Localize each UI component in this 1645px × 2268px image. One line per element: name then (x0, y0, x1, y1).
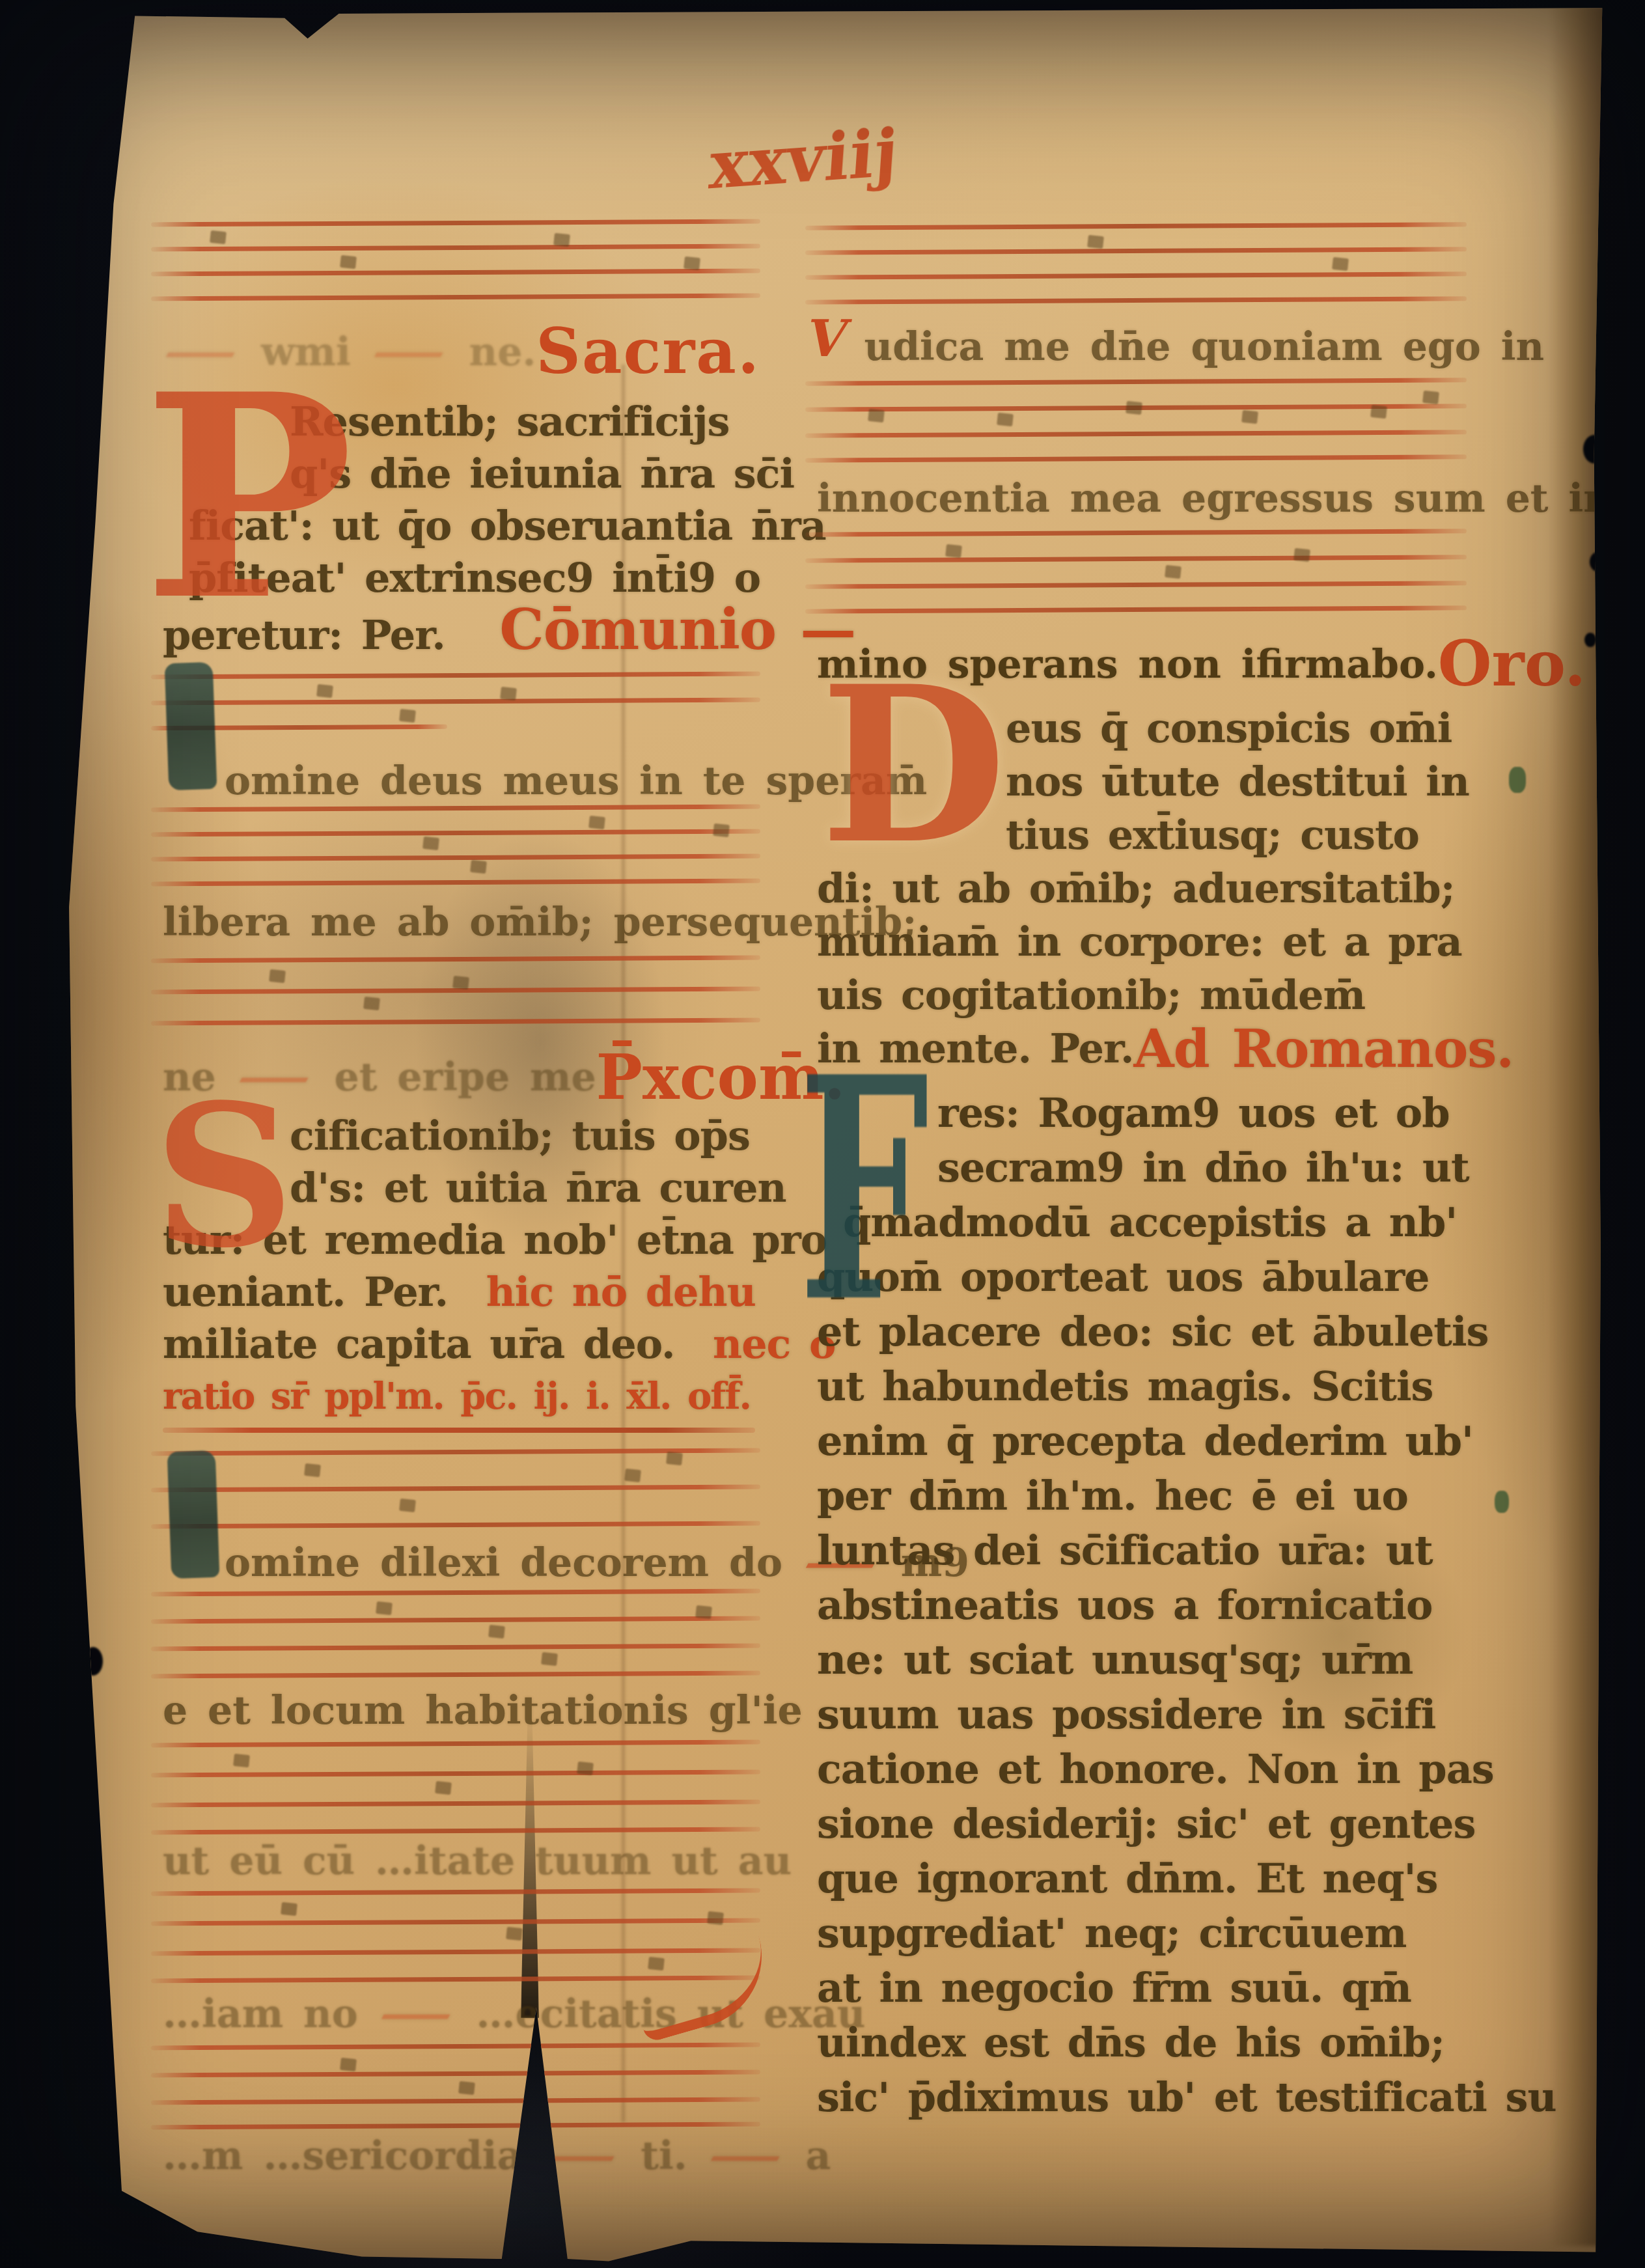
staff-line (151, 1671, 760, 1679)
staff-line (151, 269, 760, 277)
staff-line (151, 1485, 760, 1493)
neume-mark (210, 230, 227, 244)
staff-line (805, 605, 1467, 613)
staff-line (151, 1888, 760, 1896)
neume-mark (684, 256, 700, 270)
staff-line (151, 698, 760, 706)
neume-mark (1087, 235, 1104, 249)
initial-p: P (143, 386, 353, 610)
chant-word: ne. (469, 329, 536, 375)
neume-mark (1332, 257, 1349, 271)
chant-text: …iam no — …ecitatis ut exau (163, 1991, 865, 2037)
red-dash: — (368, 1991, 467, 2037)
rubric-oratio: Oro. (1438, 628, 1586, 700)
prayer-line: miliate capita ur̄a deo. nec o (163, 1318, 755, 1370)
music-staff (163, 668, 755, 733)
staff-line (151, 805, 760, 812)
prayer-secreta-block: P Resentib; sacrificijs q's dn̄e ieiunia… (163, 396, 755, 661)
neume-mark (541, 1652, 558, 1666)
neume-mark (868, 409, 885, 422)
neume-mark (577, 1762, 594, 1775)
neume-mark (666, 1452, 683, 1465)
neume-mark (1241, 410, 1258, 424)
staff-line (151, 1018, 760, 1026)
neume-mark (506, 1927, 523, 1941)
neume-mark (304, 1463, 321, 1477)
staff-line (151, 956, 760, 963)
staff-line (151, 1644, 760, 1652)
chant-text: libera me ab om̄ib; persequentib; (163, 900, 917, 945)
neume-mark (695, 1605, 712, 1619)
neume-mark (1370, 405, 1387, 419)
epistle-line: sic' p̄diximus ub' et testificati su (817, 2070, 1461, 2125)
staff-line (151, 829, 760, 837)
epistle-line: secram9 in dn̄o ih'u: ut (937, 1141, 1461, 1195)
neume-mark (399, 1499, 416, 1512)
epistle-line: abstineatis uos a fornicatio (817, 1578, 1461, 1633)
chant-text: udica me dn̄e quoniam ego in (864, 324, 1545, 370)
manuscript-photo: xxviij — wmi — ne. Sacra. (0, 0, 1645, 2268)
moss-stain (1509, 767, 1526, 793)
music-staff (163, 1441, 755, 1538)
prayer-line: nos ūtute destitui in (1006, 755, 1461, 809)
neume-mark (707, 1911, 724, 1925)
worm-hole (1583, 435, 1605, 463)
staff-line (151, 2122, 760, 2130)
chant-line: V udica me dn̄e quoniam ego in (817, 319, 1461, 374)
music-staff (817, 221, 1461, 306)
staff-line (151, 2097, 760, 2105)
staff-line (805, 296, 1467, 304)
staff-line (151, 854, 760, 862)
prayer-line: cificationib; tuis op̄s (290, 1110, 755, 1162)
staff-line (151, 672, 760, 680)
music-staff (163, 1586, 755, 1678)
neume-mark (452, 976, 469, 989)
neume-mark (340, 255, 357, 269)
music-staff (817, 527, 1461, 611)
epistle-line: uindex est dn̄s de his om̄ib; (817, 2015, 1461, 2070)
music-staff (163, 2039, 755, 2127)
neume-mark (997, 413, 1014, 426)
chant-line: e et locum habitationis gl'ie (163, 1688, 755, 1734)
rubric-secreta: Sacra. (536, 316, 760, 388)
folio-number: xxviij (707, 113, 900, 204)
epistle-line: catione et honore. Non in pas (817, 1742, 1461, 1797)
chant-word: …iam no (163, 1991, 358, 2037)
staff-line (151, 1948, 760, 1956)
prayer-line: tius ext̄iusq; custo (1006, 809, 1461, 862)
staff-line (151, 1616, 760, 1624)
initial-d-ornate: D (820, 679, 1006, 851)
epistle-line: que ignorant dn̄m. Et neq's (817, 1851, 1461, 1906)
chant-word: et eripe me (335, 1055, 596, 1100)
music-staff (163, 218, 755, 303)
staff-line (151, 2070, 760, 2078)
music-staff (163, 1736, 755, 1834)
prayer-postcommunio-block: S cificationib; tuis op̄s d's: et uitia … (163, 1110, 755, 1422)
neume-mark (624, 1469, 641, 1482)
epistle-line: suum uas possidere in sc̄ifi (817, 1687, 1461, 1742)
manuscript-leaf: xxviij — wmi — ne. Sacra. (0, 0, 1645, 2268)
staff-line (151, 1740, 760, 1748)
worm-hole (1584, 633, 1596, 647)
rubric-line: ratio sr̄ ppl'm. p̄c. ij. i. x̄l. off̄. (163, 1370, 755, 1422)
epistle-line: supgrediat' neq; circūuem (817, 1906, 1461, 1961)
versicle-mark: V (801, 309, 853, 368)
leaf-edge (1549, 7, 1611, 2246)
music-staff (163, 950, 755, 1038)
right-column: V udica me dn̄e quoniam ego in innocenti… (817, 221, 1461, 2125)
neume-mark (1165, 565, 1182, 579)
neume-mark (363, 997, 380, 1010)
rubric-hic-non: hic nō dehu (486, 1268, 756, 1316)
red-dash: — (532, 2133, 631, 2179)
chant-text: innocentia mea egressus sum et in do (817, 476, 1645, 521)
chant-line: innocentia mea egressus sum et in do (817, 474, 1461, 523)
prayer-text: miliate capita ur̄a deo. (163, 1320, 674, 1368)
neume-mark (281, 1902, 297, 1916)
neume-mark (713, 823, 730, 837)
neume-mark (1126, 401, 1142, 415)
staff-line (151, 1827, 760, 1835)
chant-word: a (806, 2133, 831, 2179)
initial-s: S (154, 1098, 295, 1254)
moss-stain (1495, 1491, 1509, 1513)
chant-word: ti. (641, 2133, 687, 2179)
neume-mark (500, 687, 517, 700)
staff-line (151, 1770, 760, 1778)
neume-mark (269, 969, 286, 983)
epistle-line: per dn̄m ih'm. hec ē ei uo (817, 1469, 1461, 1523)
neume-mark (488, 1625, 505, 1639)
staff-line (151, 244, 760, 252)
neume-mark (233, 1754, 250, 1767)
staff-line (151, 1521, 760, 1529)
epistle-line: luntas dei sc̄ificatio ur̄a: ut (817, 1523, 1461, 1578)
neume-mark (376, 1601, 393, 1615)
chant-line: omine deus meus in te speram̄ (163, 762, 755, 799)
red-rule (163, 1428, 755, 1433)
chant-line: …m …sericordia — ti. — a (163, 2133, 755, 2179)
staff-line (151, 2043, 760, 2051)
red-dash: — (697, 2133, 796, 2179)
epistle-line: ne: ut sciat unusq'sq; ur̄m (817, 1633, 1461, 1687)
staff-line (805, 581, 1467, 588)
prayer-line: muniam̄ in corpore: et a pra (817, 915, 1461, 969)
chant-text: ut eū cū …itate tuum ut au (163, 1838, 792, 1884)
left-column: — wmi — ne. Sacra. P Resentib; sacrifici… (163, 218, 755, 2179)
neume-mark (458, 2081, 475, 2095)
neume-mark (316, 684, 333, 698)
prayer-line: d's: et uitia n̄ra curen (290, 1162, 755, 1214)
music-staff (163, 805, 755, 886)
epistle-block: F res: Rogam9 uos et ob secram9 in dn̄o … (817, 1086, 1461, 2125)
staff-line (805, 378, 1467, 385)
staff-line (805, 430, 1467, 437)
neume-mark (945, 544, 962, 558)
chant-text: …m …sericordia — ti. — a (163, 2133, 831, 2179)
staff-line (151, 879, 760, 887)
staff-line (151, 219, 760, 227)
staff-line (805, 555, 1467, 562)
neume-mark (435, 1781, 452, 1795)
staff-line (805, 529, 1467, 536)
neume-mark (588, 816, 605, 829)
rubric-ad-romanos: Ad Romanos. (1134, 1022, 1514, 1075)
neume-mark (553, 233, 570, 247)
initial-f: F (799, 1068, 929, 1312)
staff-line (805, 271, 1467, 279)
neume-mark (470, 860, 487, 874)
chant-line: ut eū cū …itate tuum ut au (163, 1842, 755, 1881)
prayer-line: q's dn̄e ieiunia n̄ra sc̄i (290, 448, 755, 500)
worm-hole (1590, 552, 1605, 572)
epistle-line: enim q̄ precepta dederim ub' (817, 1414, 1461, 1469)
epistle-line: sione desiderij: sic' et gentes (817, 1797, 1461, 1851)
neume-mark (422, 837, 439, 850)
red-dash: — (361, 329, 460, 375)
neume-mark (1293, 548, 1310, 562)
staff-line (151, 1800, 760, 1808)
staff-line (805, 247, 1467, 255)
epistle-line: res: Rogam9 uos et ob (937, 1086, 1461, 1141)
neume-mark (340, 2058, 357, 2071)
chant-word: …m …sericordia (163, 2133, 523, 2179)
staff-line (151, 294, 760, 301)
chant-word: omine dilexi decorem do (225, 1540, 782, 1586)
staff-line (151, 1918, 760, 1926)
rubric-communio: Cōmunio — (499, 597, 855, 663)
staff-line (805, 454, 1467, 462)
prayer-line: Resentib; sacrificijs (290, 396, 755, 448)
neume-mark (1422, 391, 1439, 404)
staff-line (805, 222, 1467, 230)
chant-line: …iam no — …ecitatis ut exau (163, 1993, 755, 2035)
chant-line: libera me ab om̄ib; persequentib; (163, 898, 755, 947)
staff-line (151, 1589, 760, 1597)
neume-mark (399, 709, 416, 723)
chant-text: e et locum habitationis gl'ie (163, 1688, 803, 1734)
worm-hole (83, 1647, 103, 1676)
prayer-line: eus q̄ conspicis om̄i (1006, 702, 1461, 755)
music-staff (817, 378, 1461, 460)
chant-line: omine dilexi decorem do — m9 (163, 1543, 755, 1583)
epistle-line: at in negocio fr̄m suū. qm̄ (817, 1961, 1461, 2015)
epistle-line: q̄madmodū accepistis a nb' (843, 1195, 1461, 1250)
